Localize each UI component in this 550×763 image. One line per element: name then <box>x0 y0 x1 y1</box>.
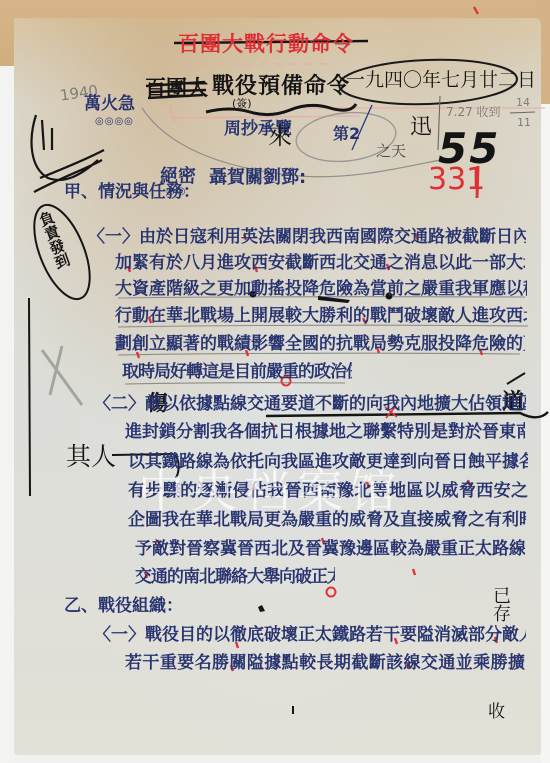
struck-red-title: 百團大戰行動命令 <box>178 34 354 55</box>
circled-number: 第2 <box>333 126 360 142</box>
body-line: 〈一〉戰役目的以徹底破壞正太鐵路若干要隘消滅部分敵人收復 <box>94 624 526 646</box>
scan-margin-right <box>541 104 550 763</box>
scan-margin-left <box>0 66 15 763</box>
pencil-note: 7.27 收到 <box>446 106 501 118</box>
section-heading-yi: 乙、戰役組織： <box>64 595 224 617</box>
body-line: 交通的南北聯絡大舉向破正太路 <box>135 566 335 588</box>
urgency-label: 萬火急 <box>84 96 135 113</box>
fraction-bottom: 11 <box>517 117 531 128</box>
body-line: 進封鎖分割我各個抗日根據地之聯繫特別是對於晉東南 <box>125 421 525 443</box>
body-line: 〈二〉敵以依據點線交通要道不斷的向我內地擴大佔領地區逐步推 <box>94 393 526 415</box>
archive-document-scan: 1940 萬火急 ◎◎◎◎ 百團大戰行動命令 百團大 戰役預備命令 一九四〇年七… <box>0 0 550 763</box>
document-title: 戰役預備命令 <box>212 76 350 98</box>
struck-title-part: 百團大 <box>145 78 208 99</box>
title-insert-note: (簽) <box>232 98 252 109</box>
urgency-marks: ◎◎◎◎ <box>95 117 134 127</box>
margin-note-qiren: 其人 <box>66 444 116 469</box>
body-line: 劃創立顯著的戰績影響全國的抗戰局勢克服投降危險的更大爭 <box>115 333 525 355</box>
document-date: 一九四〇年七月廿二日 <box>346 71 536 90</box>
section-heading-jia: 甲、情況與任務： <box>64 181 264 203</box>
note-zhitian: 之天 <box>376 144 406 159</box>
margin-note-shou: 收 <box>488 704 505 721</box>
page-number-red: 331 <box>428 165 485 195</box>
body-line: 若干重要名勝關隘據點較長期截斷該線交通並乘勝擴 <box>125 652 525 674</box>
body-line: 加緊有於八月進攻西安截斷西北交通之消息以此一部大地主 <box>115 252 525 274</box>
margin-note-yicun: 已存 <box>491 586 509 622</box>
body-line: 予敵對晉察冀晉西北及晉冀豫邊區較為嚴重正太路線敵為 <box>135 538 525 560</box>
body-line: 取時局好轉這是目前嚴重的政治任務 <box>122 361 352 383</box>
note-xun: 迅 <box>410 117 432 139</box>
body-line: 行動在華北戰場上開展較大勝利的戰鬥破壞敵人進攻西北計 <box>115 305 527 327</box>
margin-mark-lai: 來 <box>268 124 292 148</box>
body-line: 大資產階級之更加動搖投降危險為當前之嚴重我軍應以積極的 <box>115 278 527 300</box>
body-line: 〈一〉由於日寇利用英法關閉我西南國際交通路被截斷日內閣唯英 <box>88 226 526 248</box>
fraction-top: 14 <box>516 97 530 108</box>
archive-watermark: 中央档案馆 <box>138 468 403 514</box>
